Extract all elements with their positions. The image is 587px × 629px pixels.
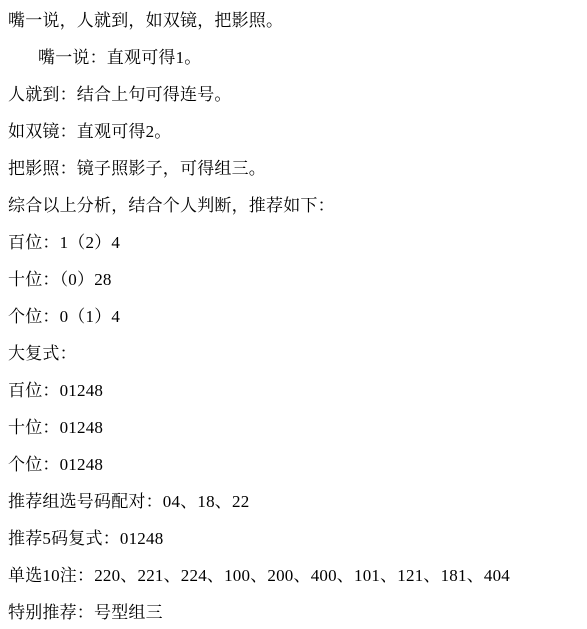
special-recommend-line: 特别推荐：号型组三 — [8, 594, 587, 629]
tens-pick-line: 十位：（0）28 — [8, 261, 587, 298]
interpretation-line-3: 如双镜：直观可得2。 — [8, 113, 587, 150]
five-code-duplex-line: 推荐5码复式：01248 — [8, 520, 587, 557]
big-duplex-header-line: 大复式： — [8, 335, 587, 372]
single-selection-line: 单选10注：220、221、224、100、200、400、101、121、18… — [8, 557, 587, 594]
big-duplex-tens-line: 十位：01248 — [8, 409, 587, 446]
big-duplex-units-line: 个位：01248 — [8, 446, 587, 483]
summary-line: 综合以上分析，结合个人判断，推荐如下： — [8, 187, 587, 224]
poem-line: 嘴一说，人就到，如双镜，把影照。 — [8, 2, 587, 39]
hundreds-pick-line: 百位：1（2）4 — [8, 224, 587, 261]
big-duplex-hundreds-line: 百位：01248 — [8, 372, 587, 409]
group-pair-recommend-line: 推荐组选号码配对：04、18、22 — [8, 483, 587, 520]
units-pick-line: 个位：0（1）4 — [8, 298, 587, 335]
interpretation-line-1: 嘴一说：直观可得1。 — [8, 39, 587, 76]
interpretation-line-4: 把影照：镜子照影子，可得组三。 — [8, 150, 587, 187]
document-page: 嘴一说，人就到，如双镜，把影照。 嘴一说：直观可得1。 人就到：结合上句可得连号… — [0, 0, 587, 629]
interpretation-line-2: 人就到：结合上句可得连号。 — [8, 76, 587, 113]
